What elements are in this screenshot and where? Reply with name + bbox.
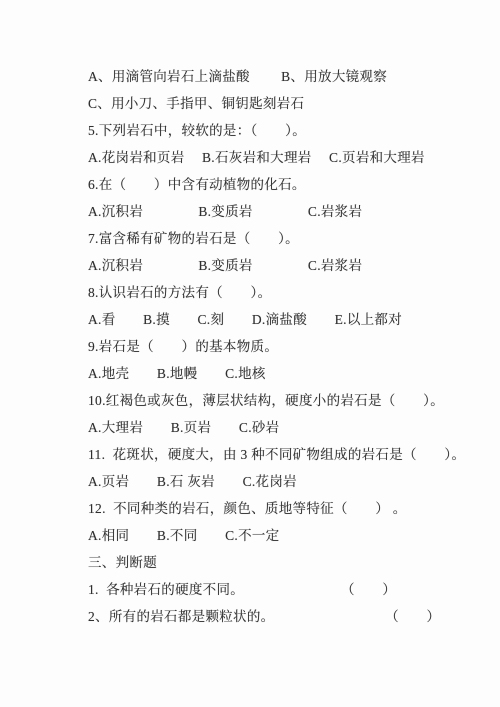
q7-question: 7.富含稀有矿物的岩石是（ ）。 bbox=[88, 225, 490, 252]
q9-options: A.地壳 B.地幔 C.地核 bbox=[88, 360, 490, 387]
q4-option-c: C、用小刀、手指甲、铜钥匙刻岩石 bbox=[88, 90, 490, 117]
q11-question: 11. 花斑状，硬度大，由 3 种不同矿物组成的岩石是（ ）。 bbox=[88, 441, 490, 468]
q6-question: 6.在（ ）中含有动植物的化石。 bbox=[88, 171, 490, 198]
q6-options: A.沉积岩 B.变质岩 C.岩浆岩 bbox=[88, 198, 490, 225]
q5-question: 5.下列岩石中，较软的是：（ ）。 bbox=[88, 117, 490, 144]
q4-options-ab: A、用滴管向岩石上滴盐酸 B、用放大镜观察 bbox=[88, 63, 490, 90]
q11-options: A.页岩 B.石 灰岩 C.花岗岩 bbox=[88, 468, 490, 495]
section3-heading: 三、判断题 bbox=[88, 549, 490, 576]
question-list: A、用滴管向岩石上滴盐酸 B、用放大镜观察 C、用小刀、手指甲、铜钥匙刻岩石 5… bbox=[88, 63, 490, 630]
q10-options: A.大理岩 B.页岩 C.砂岩 bbox=[88, 414, 490, 441]
exam-document-page: A、用滴管向岩石上滴盐酸 B、用放大镜观察 C、用小刀、手指甲、铜钥匙刻岩石 5… bbox=[0, 0, 500, 707]
q12-question: 12. 不同种类的岩石，颜色、质地等特征（ ） 。 bbox=[88, 495, 490, 522]
q9-question: 9.岩石是（ ）的基本物质。 bbox=[88, 333, 490, 360]
q7-options: A.沉积岩 B.变质岩 C.岩浆岩 bbox=[88, 252, 490, 279]
q5-options: A.花岗岩和页岩 B.石灰岩和大理岩 C.页岩和大理岩 bbox=[88, 144, 490, 171]
q10-question: 10.红褐色或灰色，薄层状结构，硬度小的岩石是（ ）。 bbox=[88, 387, 490, 414]
judgment-question-1: 1. 各种岩石的硬度不同。 （ ） bbox=[88, 576, 490, 603]
q12-options: A.相同 B.不同 C.不一定 bbox=[88, 522, 490, 549]
q8-question: 8.认识岩石的方法有（ ）。 bbox=[88, 279, 490, 306]
judgment-question-2: 2、所有的岩石都是颗粒状的。 （ ） bbox=[88, 603, 490, 630]
q8-options: A.看 B.摸 C.刻 D.滴盐酸 E.以上都对 bbox=[88, 306, 490, 333]
